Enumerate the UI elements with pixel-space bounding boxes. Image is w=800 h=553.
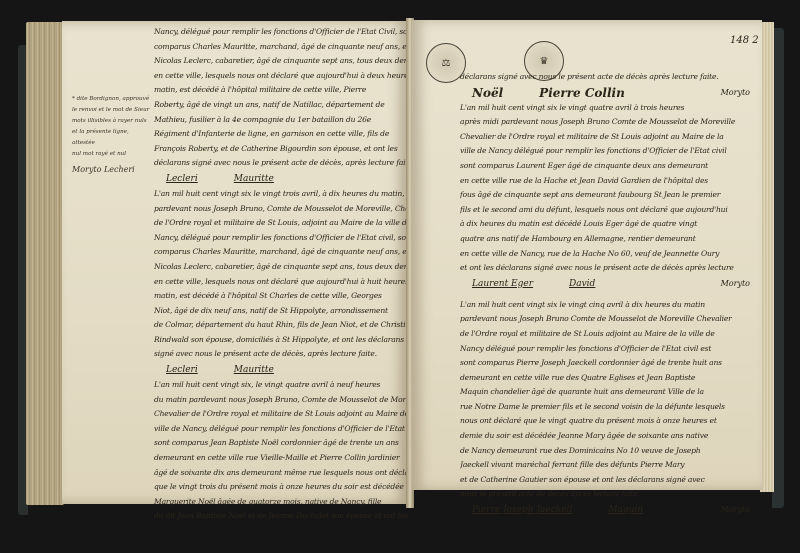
text-line: quatre ans natif de Hambourg en Allemagn… bbox=[460, 232, 750, 247]
signature: Moryto bbox=[721, 85, 750, 101]
text-line: de Nancy demeurant rue des Dominicains N… bbox=[460, 444, 750, 459]
text-line: de l'Ordre royal et militaire de St Loui… bbox=[460, 327, 750, 342]
signature: Moryto bbox=[72, 165, 101, 174]
text-line: L'an mil huit cent vingt six le vingt qu… bbox=[460, 101, 750, 116]
text-line: L'an mil huit cent vingt six le vingt ci… bbox=[460, 298, 750, 313]
text-line: fils et le second ami du défunt, lesquel… bbox=[460, 203, 750, 218]
margin-line: et la présente ligne, attestée bbox=[72, 127, 152, 149]
page-edges bbox=[26, 22, 64, 505]
text-line: Jaeckell vivant maréchal ferrant fille d… bbox=[460, 458, 750, 473]
death-act-eger: L'an mil huit cent vingt six le vingt qu… bbox=[460, 101, 750, 292]
text-line: rue Notre Dame le premier fils et le sec… bbox=[460, 400, 750, 415]
death-act-mary: L'an mil huit cent vingt six le vingt ci… bbox=[460, 298, 750, 518]
text-line: sont comparus Laurent Eger âgé de cinqua… bbox=[460, 159, 750, 174]
text-line: après midi pardevant nous Joseph Bruno C… bbox=[460, 115, 750, 130]
text-line: pardevant nous Joseph Bruno Comte de Mou… bbox=[460, 312, 750, 327]
text-line: et de Catherine Gautier son épouse et on… bbox=[460, 473, 750, 488]
signature: Noël bbox=[472, 85, 503, 101]
margin-annotation: * dite Bordignon, approuvé le renvoi et … bbox=[72, 94, 152, 175]
margin-line: le renvoi et le mot de Sieur bbox=[72, 105, 152, 116]
text-line: du dit Jean Baptiste Noël et de Jeanne D… bbox=[154, 509, 460, 524]
signature: Mauritte bbox=[234, 171, 274, 187]
left-page: * dite Bordignon, approuvé le renvoi et … bbox=[62, 21, 408, 504]
margin-signatures: Moryto Lecheri bbox=[72, 164, 152, 175]
text-line: en cette ville rue de la Hache et Jean D… bbox=[460, 174, 750, 189]
right-page: ⚖ ♛ 148 2 déclarans signé avec nous le p… bbox=[412, 20, 762, 490]
signature-row: Laurent Eger David Moryto bbox=[460, 276, 750, 292]
text-line: Nancy délégué pour remplir les fonctions… bbox=[460, 342, 750, 357]
open-register-book: * dite Bordignon, approuvé le renvoi et … bbox=[0, 0, 800, 553]
signature: Maquin bbox=[608, 502, 643, 518]
text-line: Maquin chandelier âgé de quarante huit a… bbox=[460, 385, 750, 400]
signature: Moryto bbox=[721, 502, 750, 518]
signature: Lecleri bbox=[166, 171, 198, 187]
right-top-text: déclarans signé avec nous le présent act… bbox=[460, 70, 750, 518]
signature-row: Noël Pierre Collin Moryto bbox=[460, 85, 750, 101]
margin-line: * dite Bordignon, approuvé bbox=[72, 94, 152, 105]
signature: Moryto bbox=[721, 276, 750, 292]
text-line: Chevalier de l'Ordre royal et militaire … bbox=[460, 130, 750, 145]
signature: Mauritte bbox=[234, 362, 274, 378]
signature: Laurent Eger bbox=[472, 276, 533, 292]
text-line: nous le présent acte de décès après lect… bbox=[460, 487, 750, 502]
text-line: en cette ville de Nancy, rue de la Hache… bbox=[460, 247, 750, 262]
text-line: à dix heures du matin est décédé Louis E… bbox=[460, 217, 750, 232]
signature: Pierre Collin bbox=[539, 85, 625, 101]
signature: David bbox=[569, 276, 595, 292]
text-line: et ont les déclarans signé avec nous le … bbox=[460, 261, 750, 276]
signature-row: Pierre Joseph Jaeckell Maquin Moryto bbox=[460, 502, 750, 518]
text-line: demie du soir est décédée Jeanne Mary âg… bbox=[460, 429, 750, 444]
right-page-edges bbox=[760, 22, 774, 492]
signature: Lecheri bbox=[104, 165, 135, 174]
text-line: déclarans signé avec nous le présent act… bbox=[460, 70, 750, 85]
text-line: sont comparus Pierre Joseph Jaeckell cor… bbox=[460, 356, 750, 371]
signature: Pierre Joseph Jaeckell bbox=[472, 502, 572, 518]
margin-line: nul mot rayé et nul bbox=[72, 149, 152, 160]
text-line: fous âgé de cinquante sept ans demeurant… bbox=[460, 188, 750, 203]
text-line: ville de Nancy délégué pour remplir les … bbox=[460, 144, 750, 159]
text-line: nous ont déclaré que le vingt quatre du … bbox=[460, 414, 750, 429]
text-line: demeurant en cette ville rue des Quatre … bbox=[460, 371, 750, 386]
margin-line: mots illisibles à rayer nuls bbox=[72, 116, 152, 127]
folio-number: 148 2 bbox=[730, 35, 759, 46]
text-line: Marguerite Noël âgée de quatorze mois, n… bbox=[154, 495, 460, 510]
signature: Lecleri bbox=[166, 362, 198, 378]
